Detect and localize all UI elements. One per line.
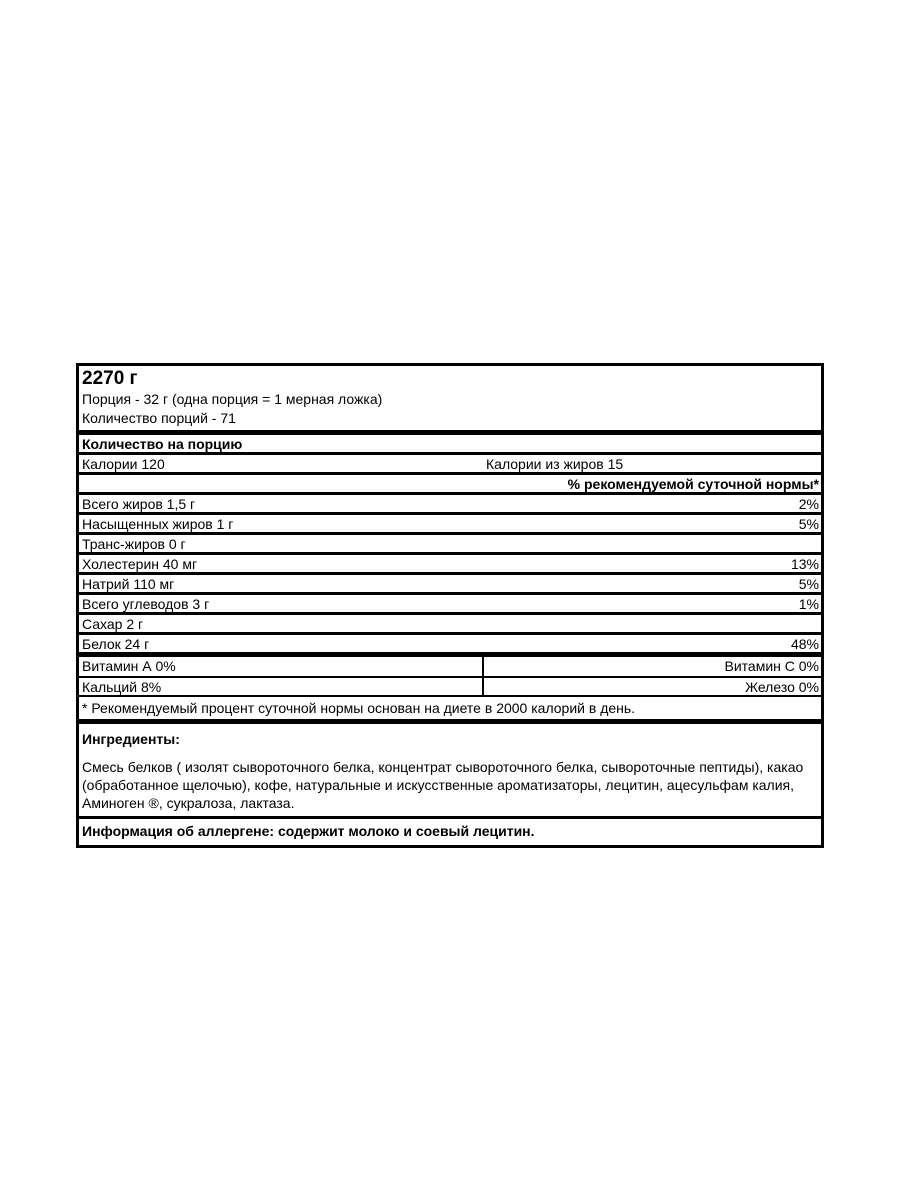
nutrient-daily-value: 5% xyxy=(799,516,819,532)
ingredients-title: Ингредиенты: xyxy=(82,730,818,748)
nutrient-row: Транс-жиров 0 г xyxy=(79,532,821,552)
nutrient-name: Сахар 2 г xyxy=(82,616,143,632)
vitamins-left-column: Витамин А 0% Кальций 8% xyxy=(79,657,484,695)
serving-size: Порция - 32 г (одна порция = 1 мерная ло… xyxy=(82,390,818,409)
daily-value-header: % рекомендуемой суточной нормы* xyxy=(568,476,819,492)
vitamin-a: Витамин А 0% xyxy=(79,657,482,676)
nutrient-name: Всего жиров 1,5 г xyxy=(82,496,195,512)
label-header: 2270 г Порция - 32 г (одна порция = 1 ме… xyxy=(79,366,821,430)
nutrient-daily-value: 2% xyxy=(799,496,819,512)
nutrition-label: 2270 г Порция - 32 г (одна порция = 1 ме… xyxy=(76,363,824,848)
nutrient-row: Белок 24 г48% xyxy=(79,632,821,652)
nutrient-row: Натрий 110 мг5% xyxy=(79,572,821,592)
nutrient-row: Холестерин 40 мг13% xyxy=(79,552,821,572)
nutrient-daily-value: 48% xyxy=(791,636,819,652)
nutrient-daily-value: 13% xyxy=(791,556,819,572)
amount-per-serving-row: Количество на порцию xyxy=(79,430,821,452)
allergen-info: Информация об аллергене: содержит молоко… xyxy=(79,816,821,845)
footnote-row: * Рекомендуемый процент суточной нормы о… xyxy=(79,695,821,719)
calories: Калории 120 xyxy=(82,456,486,472)
nutrient-name: Натрий 110 мг xyxy=(82,576,174,592)
nutrient-name: Белок 24 г xyxy=(82,636,149,652)
daily-value-header-row: % рекомендуемой суточной нормы* xyxy=(79,472,821,492)
footnote: * Рекомендуемый процент суточной нормы о… xyxy=(82,700,635,716)
calories-row: Калории 120 Калории из жиров 15 xyxy=(79,452,821,472)
vitamins-right-column: Витамин С 0% Железо 0% xyxy=(484,657,821,695)
nutrients-list: Всего жиров 1,5 г2%Насыщенных жиров 1 г5… xyxy=(79,492,821,652)
vitamin-c: Витамин С 0% xyxy=(484,657,821,676)
calories-from-fat: Калории из жиров 15 xyxy=(486,456,819,472)
nutrient-daily-value: 5% xyxy=(799,576,819,592)
nutrient-name: Холестерин 40 мг xyxy=(82,556,197,572)
nutrient-name: Всего углеводов 3 г xyxy=(82,596,209,612)
nutrient-name: Транс-жиров 0 г xyxy=(82,536,186,552)
nutrient-daily-value: 1% xyxy=(799,596,819,612)
servings-count: Количество порций - 71 xyxy=(82,409,818,428)
calcium: Кальций 8% xyxy=(79,676,482,695)
vitamins-grid: Витамин А 0% Кальций 8% Витамин С 0% Жел… xyxy=(79,652,821,695)
nutrient-name: Насыщенных жиров 1 г xyxy=(82,516,233,532)
ingredients-section: Ингредиенты: Смесь белков ( изолят сывор… xyxy=(79,719,821,816)
ingredients-text: Смесь белков ( изолят сывороточного белк… xyxy=(82,758,822,812)
amount-per-serving: Количество на порцию xyxy=(82,436,242,452)
nutrient-row: Сахар 2 г xyxy=(79,612,821,632)
nutrient-row: Всего жиров 1,5 г2% xyxy=(79,492,821,512)
net-weight: 2270 г xyxy=(82,368,818,390)
nutrient-row: Насыщенных жиров 1 г5% xyxy=(79,512,821,532)
iron: Железо 0% xyxy=(484,676,821,695)
nutrient-row: Всего углеводов 3 г1% xyxy=(79,592,821,612)
